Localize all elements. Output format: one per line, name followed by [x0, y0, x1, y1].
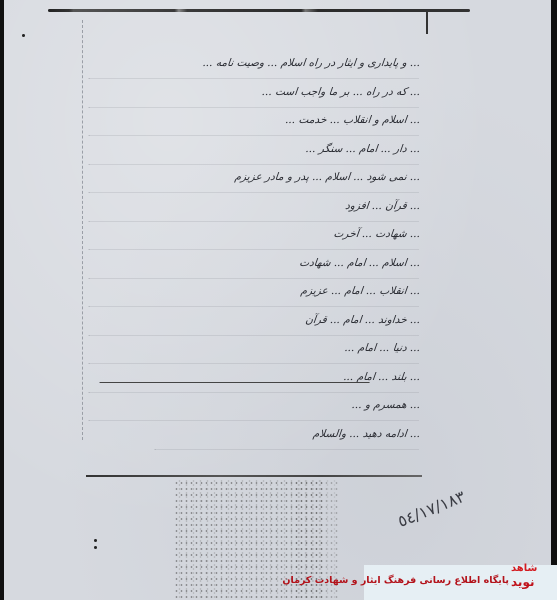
handwritten-line: ... انقلاب ... امام ... عزیزم	[89, 278, 422, 307]
strikethrough-mark	[100, 382, 370, 383]
handwritten-line: ... ادامه دهید ... والسلام	[155, 421, 422, 450]
handwritten-line: ... قرآن ... افزود	[89, 193, 422, 222]
handwritten-body: ... و پایداری و ایثار در راه اسلام ... و…	[90, 50, 420, 449]
handwritten-line: ... همسرم و ...	[89, 392, 422, 421]
logo-text-top: شاهد	[511, 563, 537, 575]
handwritten-line: ... و پایداری و ایثار در راه اسلام ... و…	[89, 50, 422, 79]
reference-number: ٥٤/١٧/١٨٣	[395, 487, 468, 531]
handwritten-line: ... که در راه ... بر ما واجب است ...	[89, 79, 422, 108]
handwritten-line: ... دار ... امام ... سنگر ...	[89, 136, 422, 165]
handwritten-line: ... خداوند ... امام ... قرآن	[89, 307, 422, 336]
handwritten-line: ... اسلام و انقلاب ... خدمت ...	[89, 107, 422, 136]
scan-speck	[22, 34, 25, 37]
handwritten-line: ... دنیا ... امام ...	[89, 335, 422, 364]
scan-speck	[94, 546, 97, 549]
navid-shahed-logo: شاهد نوید	[511, 559, 555, 593]
top-border-line	[48, 9, 470, 12]
watermark-banner: پایگاه اطلاع رسانی فرهنگ ایثار و شهادت ک…	[364, 565, 557, 600]
logo-text-bottom: نوید	[511, 575, 534, 589]
handwritten-line: ... اسلام ... امام ... شهادت	[89, 250, 422, 279]
handwritten-line: ... بلند ... امام ...	[89, 364, 422, 393]
top-tick-mark	[426, 12, 428, 34]
left-margin-line	[82, 20, 83, 440]
handwritten-line: ... نمی شود ... اسلام ... پدر و مادر عزی…	[89, 164, 422, 193]
watermark-caption: پایگاه اطلاع رسانی فرهنگ ایثار و شهادت ک…	[282, 575, 509, 586]
handwritten-line: ... شهادت ... آخرت	[89, 221, 422, 250]
bottom-border-line	[86, 475, 422, 477]
scanned-document-page: ... و پایداری و ایثار در راه اسلام ... و…	[4, 0, 551, 600]
scan-speck	[94, 539, 97, 542]
